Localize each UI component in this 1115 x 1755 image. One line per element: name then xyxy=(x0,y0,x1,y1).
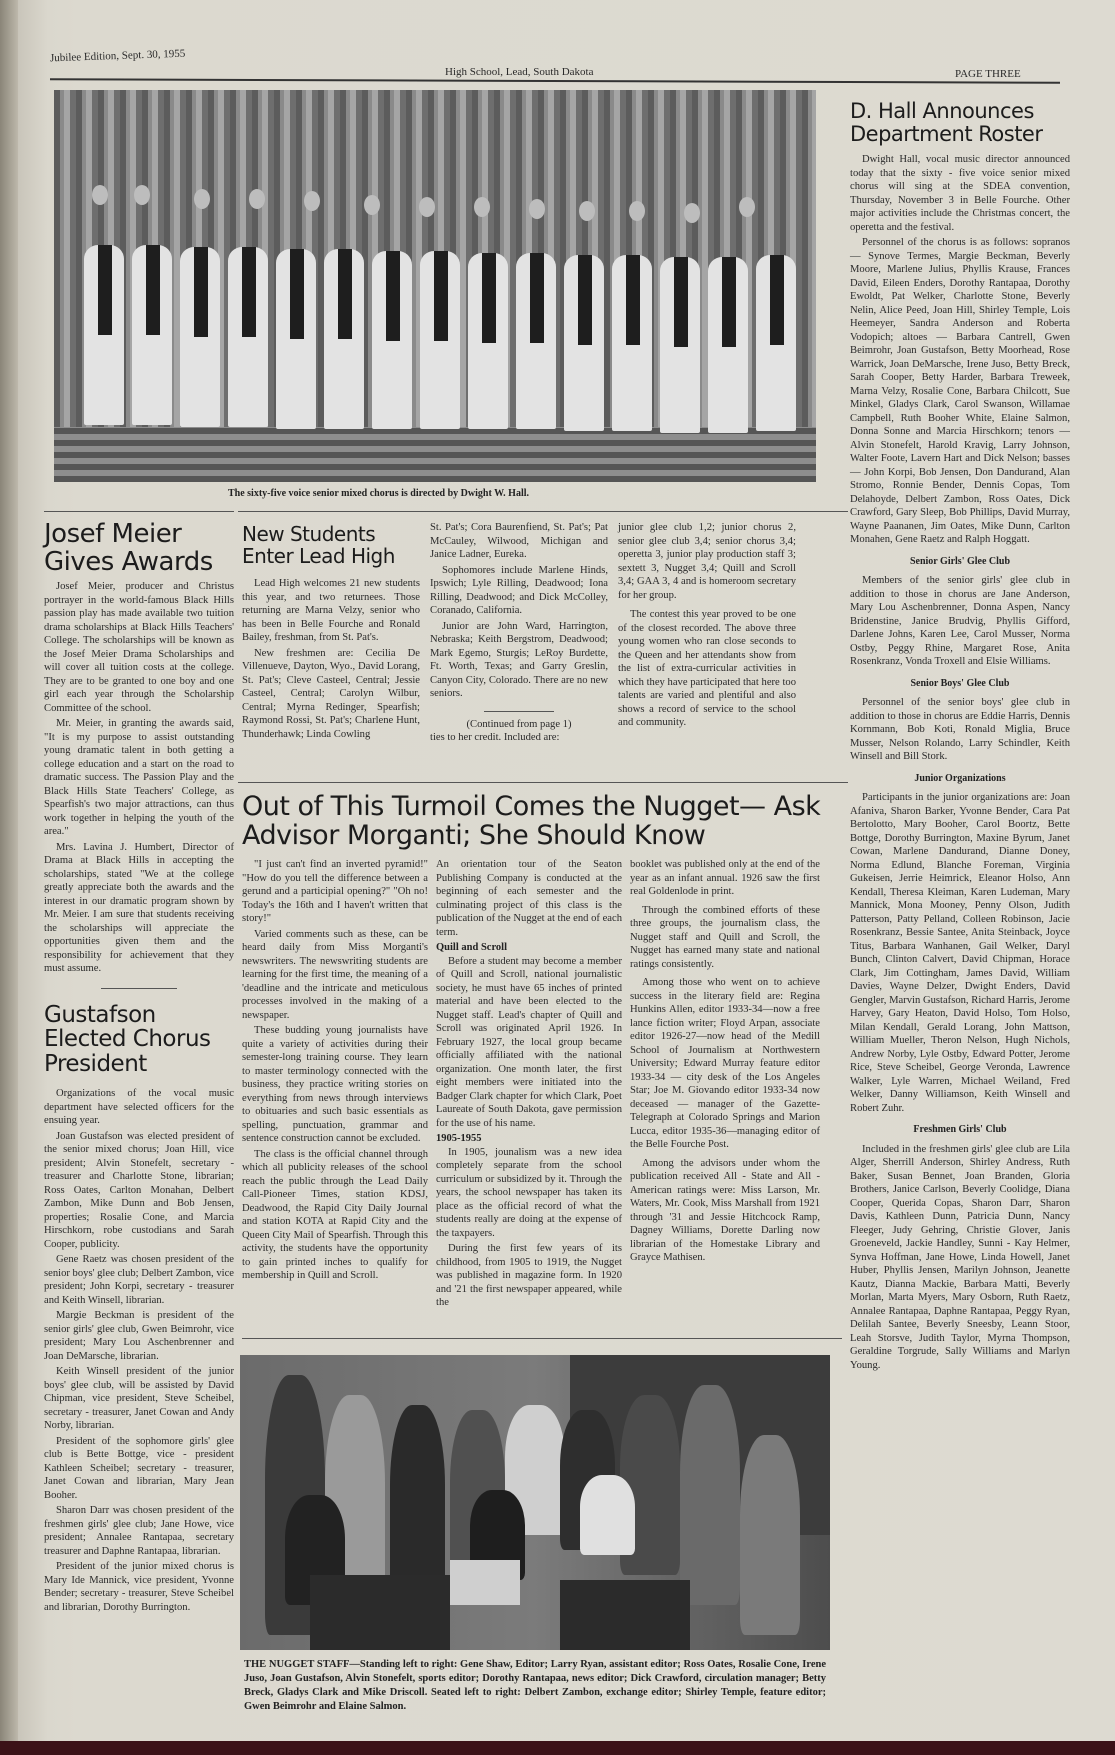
gustafson-paragraph: Sharon Darr was chosen president of the … xyxy=(44,1504,234,1558)
page-binding-edge xyxy=(0,0,18,1755)
meier-paragraph: Mr. Meier, in granting the awards said, … xyxy=(44,717,234,839)
choir-members xyxy=(74,185,796,430)
gustafson-paragraph: President of the sophomore girls' glee c… xyxy=(44,1435,234,1503)
section-text: Included in the freshmen girls' glee clu… xyxy=(850,1143,1070,1373)
section-title: Senior Girls' Glee Club xyxy=(850,555,1070,569)
nugget-col1: "I just can't find an inverted pyramid!"… xyxy=(242,858,428,1285)
new-students-paragraph: St. Pat's; Cora Baurenfiend, St. Pat's; … xyxy=(430,521,608,562)
section-text: Personnel of the senior boys' glee club … xyxy=(850,696,1070,764)
nugget-staff-caption: THE NUGGET STAFF—Standing left to right:… xyxy=(244,1658,826,1714)
meier-body: Josef Meier, producer and Christus portr… xyxy=(44,580,234,976)
new-students-article: New Students Enter Lead High Lead High w… xyxy=(242,524,420,743)
nugget-paragraph: "I just can't find an inverted pyramid!"… xyxy=(242,858,428,926)
nugget-paragraph: The class is the official channel throug… xyxy=(242,1148,428,1283)
meier-paragraph: Mrs. Lavina J. Humbert, Director of Dram… xyxy=(44,841,234,976)
masthead-location: High School, Lead, South Dakota xyxy=(445,66,593,78)
meier-paragraph: Josef Meier, producer and Christus portr… xyxy=(44,580,234,715)
gustafson-paragraph: Margie Beckman is president of the senio… xyxy=(44,1309,234,1363)
gustafson-headline: Gustafson Elected Chorus President xyxy=(44,1003,234,1077)
continued-paragraph: The contest this year proved to be one o… xyxy=(618,608,796,730)
nugget-paragraph: In 1905, jounalism was a new idea comple… xyxy=(436,1146,622,1241)
nugget-paragraph: An orientation tour of the Seaton Publis… xyxy=(436,858,622,939)
nugget-paragraph: Varied comments such as these, can be he… xyxy=(242,928,428,1023)
continued-article: junior glee club 1,2; junior chorus 2, s… xyxy=(618,521,796,732)
history-subhead: 1905-1955 xyxy=(436,1132,622,1146)
edition-date: Jubilee Edition, Sept. 30, 1955 xyxy=(50,48,186,65)
choir-photo-caption: The sixty-five voice senior mixed chorus… xyxy=(228,487,529,501)
hall-headline: D. Hall Announces Department Roster xyxy=(850,100,1070,145)
gustafson-paragraph: Gene Raetz was chosen president of the s… xyxy=(44,1253,234,1307)
nugget-staff-photo xyxy=(240,1355,830,1650)
divider xyxy=(484,711,554,712)
meier-article: Josef Meier Gives Awards Josef Meier, pr… xyxy=(44,520,234,1616)
nugget-paragraph: Through the combined efforts of these th… xyxy=(630,904,820,972)
hall-paragraph: Personnel of the chorus is as follows: s… xyxy=(850,236,1070,547)
hall-article: D. Hall Announces Department Roster Dwig… xyxy=(850,100,1070,1374)
new-students-paragraph: Junior are John Ward, Harrington, Nebras… xyxy=(430,620,608,701)
section-title: Junior Organizations xyxy=(850,772,1070,786)
gustafson-paragraph: President of the junior mixed chorus is … xyxy=(44,1560,234,1614)
choir-photo xyxy=(54,90,816,482)
stage-floor xyxy=(54,427,816,482)
nugget-paragraph: Before a student may become a member of … xyxy=(436,955,622,1131)
section-text: Participants in the junior organizations… xyxy=(850,791,1070,1115)
section-title: Freshmen Girls' Club xyxy=(850,1123,1070,1137)
divider xyxy=(44,511,234,512)
gustafson-paragraph: Organizations of the vocal music departm… xyxy=(44,1087,234,1128)
nugget-paragraph: These budding young journalists have qui… xyxy=(242,1024,428,1146)
new-students-col2: St. Pat's; Cora Baurenfiend, St. Pat's; … xyxy=(430,521,608,745)
backdrop-edge xyxy=(0,1741,1115,1755)
nugget-paragraph: Among those who went on to achieve succe… xyxy=(630,976,820,1152)
nugget-paragraph: Among the advisors under whom the public… xyxy=(630,1157,820,1265)
divider xyxy=(238,782,848,783)
continued-jump-label: (Continued from page 1) xyxy=(430,718,608,732)
gustafson-body: Organizations of the vocal music departm… xyxy=(44,1087,234,1614)
quill-scroll-subhead: Quill and Scroll xyxy=(436,941,622,955)
divider xyxy=(101,988,177,989)
new-students-headline: New Students Enter Lead High xyxy=(242,524,420,567)
nugget-headline: Out of This Turmoil Comes the Nugget— As… xyxy=(242,792,842,850)
continued-paragraph: junior glee club 1,2; junior chorus 2, s… xyxy=(618,521,796,602)
hall-paragraph: Dwight Hall, vocal music director announ… xyxy=(850,153,1070,234)
page-number: PAGE THREE xyxy=(955,68,1021,80)
new-students-paragraph: Sophomores include Marlene Hinds, Ipswic… xyxy=(430,564,608,618)
new-students-paragraph: New freshmen are: Cecilia De Villenueve,… xyxy=(242,647,420,742)
nugget-paragraph: booklet was published only at the end of… xyxy=(630,858,820,899)
section-title: Senior Boys' Glee Club xyxy=(850,677,1070,691)
newspaper-page: Jubilee Edition, Sept. 30, 1955 High Sch… xyxy=(18,0,1115,1742)
continued-lead: ties to her credit. Included are: xyxy=(430,731,608,745)
meier-headline: Josef Meier Gives Awards xyxy=(44,520,234,576)
section-text: Members of the senior girls' glee club i… xyxy=(850,574,1070,669)
divider xyxy=(238,511,848,512)
nugget-paragraph: During the first few years of its childh… xyxy=(436,1242,622,1310)
new-students-col1: Lead High welcomes 21 new students this … xyxy=(242,577,420,741)
gustafson-paragraph: Joan Gustafson was elected president of … xyxy=(44,1130,234,1252)
gustafson-paragraph: Keith Winsell president of the junior bo… xyxy=(44,1365,234,1433)
nugget-col3: booklet was published only at the end of… xyxy=(630,858,820,1267)
divider xyxy=(242,1338,842,1339)
hall-body: Dwight Hall, vocal music director announ… xyxy=(850,153,1070,1372)
nugget-col2: An orientation tour of the Seaton Publis… xyxy=(436,858,622,1312)
new-students-paragraph: Lead High welcomes 21 new students this … xyxy=(242,577,420,645)
header-rule xyxy=(50,78,1060,84)
